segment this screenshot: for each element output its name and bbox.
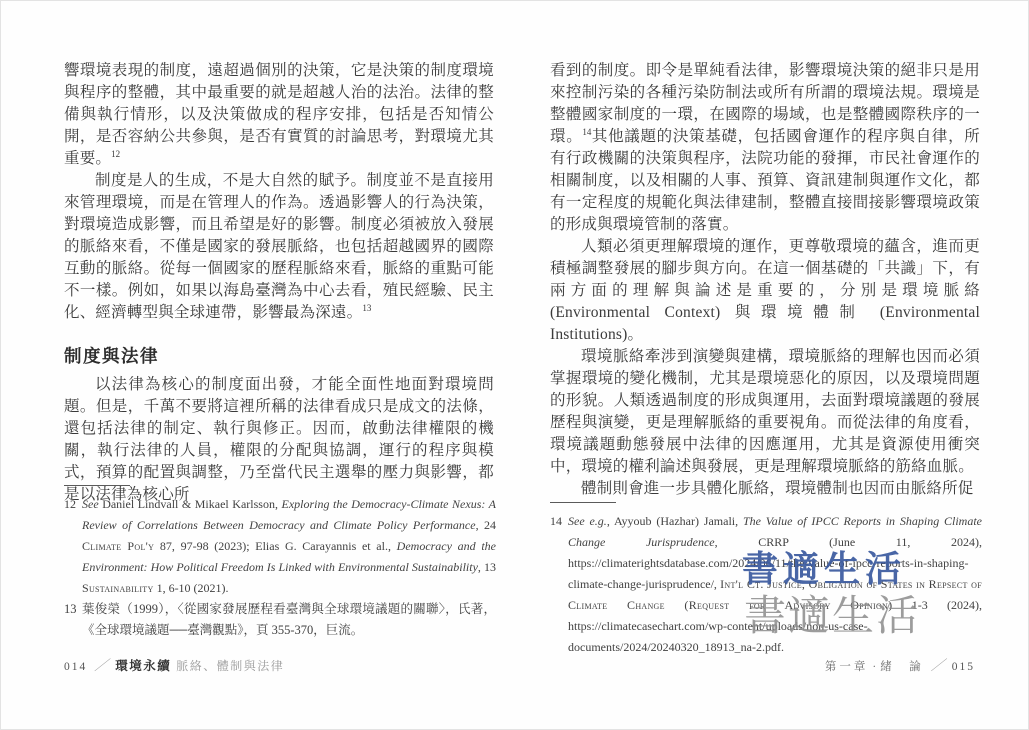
right-page-body: 看到的制度。即令是單純看法律，影響環境決策的絕非只是用來控制污染的各種污染防制法…	[550, 60, 980, 500]
footnote-separator	[550, 502, 616, 503]
book-title: 環境永續	[115, 659, 171, 673]
footnote-reference: 13	[362, 303, 371, 313]
watermark-gray: 書適生活	[744, 583, 920, 643]
footer-slash: ／	[931, 659, 945, 674]
footnote-reference: 14	[582, 127, 591, 137]
chapter-dot: ·	[872, 661, 876, 673]
section-heading: 制度與法律	[64, 345, 494, 367]
chapter-label: 第一章	[825, 661, 869, 673]
paragraph: 環境脈絡牽涉到演變與建構，環境脈絡的理解也因而必須掌握環境的變化機制，尤其是環境…	[550, 346, 980, 478]
left-footnotes: 12See Daniel Lindvall & Mikael Karlsson,…	[64, 485, 496, 641]
left-page-body: 響環境表現的制度，遠超過個別的決策，它是決策的制度環境與程序的整體，其中最重要的…	[64, 60, 494, 506]
left-page-number: 014	[64, 661, 87, 673]
left-paragraphs-top: 響環境表現的制度，遠超過個別的決策，它是決策的制度環境與程序的整體，其中最重要的…	[64, 60, 494, 324]
footnote-reference: 12	[111, 149, 120, 159]
right-footer: 第一章·緒 論／015	[825, 655, 975, 675]
footnote: 12See Daniel Lindvall & Mikael Karlsson,…	[64, 494, 496, 599]
footnote-number: 13	[64, 599, 77, 620]
right-paragraphs: 看到的制度。即令是單純看法律，影響環境決策的絕非只是用來控制污染的各種污染防制法…	[550, 60, 980, 500]
footnote: 13葉俊榮（1999），〈從國家發展歷程看臺灣與全球環境議題的關聯〉，氏著，《全…	[64, 599, 496, 641]
paragraph: 人類必須更理解環境的運作，更尊敬環境的蘊含，進而更積極調整發展的腳步與方向。在這…	[550, 236, 980, 346]
paragraph: 響環境表現的制度，遠超過個別的決策，它是決策的制度環境與程序的整體，其中最重要的…	[64, 60, 494, 170]
section-label: 緒 論	[880, 661, 924, 673]
paragraph: 體制則會進一步具體化脈絡，環境體制也因而由脈絡所促	[550, 478, 980, 500]
paragraph: 制度是人的生成，不是大自然的賦予。制度並不是直接用來管理環境，而是在管理人的作為…	[64, 170, 494, 324]
book-subtitle: 脈絡、體制與法律	[176, 659, 284, 673]
footnote-number: 14	[550, 511, 562, 532]
book-spread: 響環境表現的制度，遠超過個別的決策，它是決策的制度環境與程序的整體，其中最重要的…	[0, 0, 1029, 730]
footnote-number: 12	[64, 494, 76, 515]
paragraph: 看到的制度。即令是單純看法律，影響環境決策的絕非只是用來控制污染的各種污染防制法…	[550, 60, 980, 236]
left-footer: 014／環境永續脈絡、體制與法律	[64, 655, 284, 675]
left-footnote-list: 12See Daniel Lindvall & Mikael Karlsson,…	[64, 494, 496, 641]
footnote-separator	[64, 485, 130, 486]
footer-slash: ／	[94, 659, 108, 674]
right-page-number: 015	[952, 661, 975, 673]
